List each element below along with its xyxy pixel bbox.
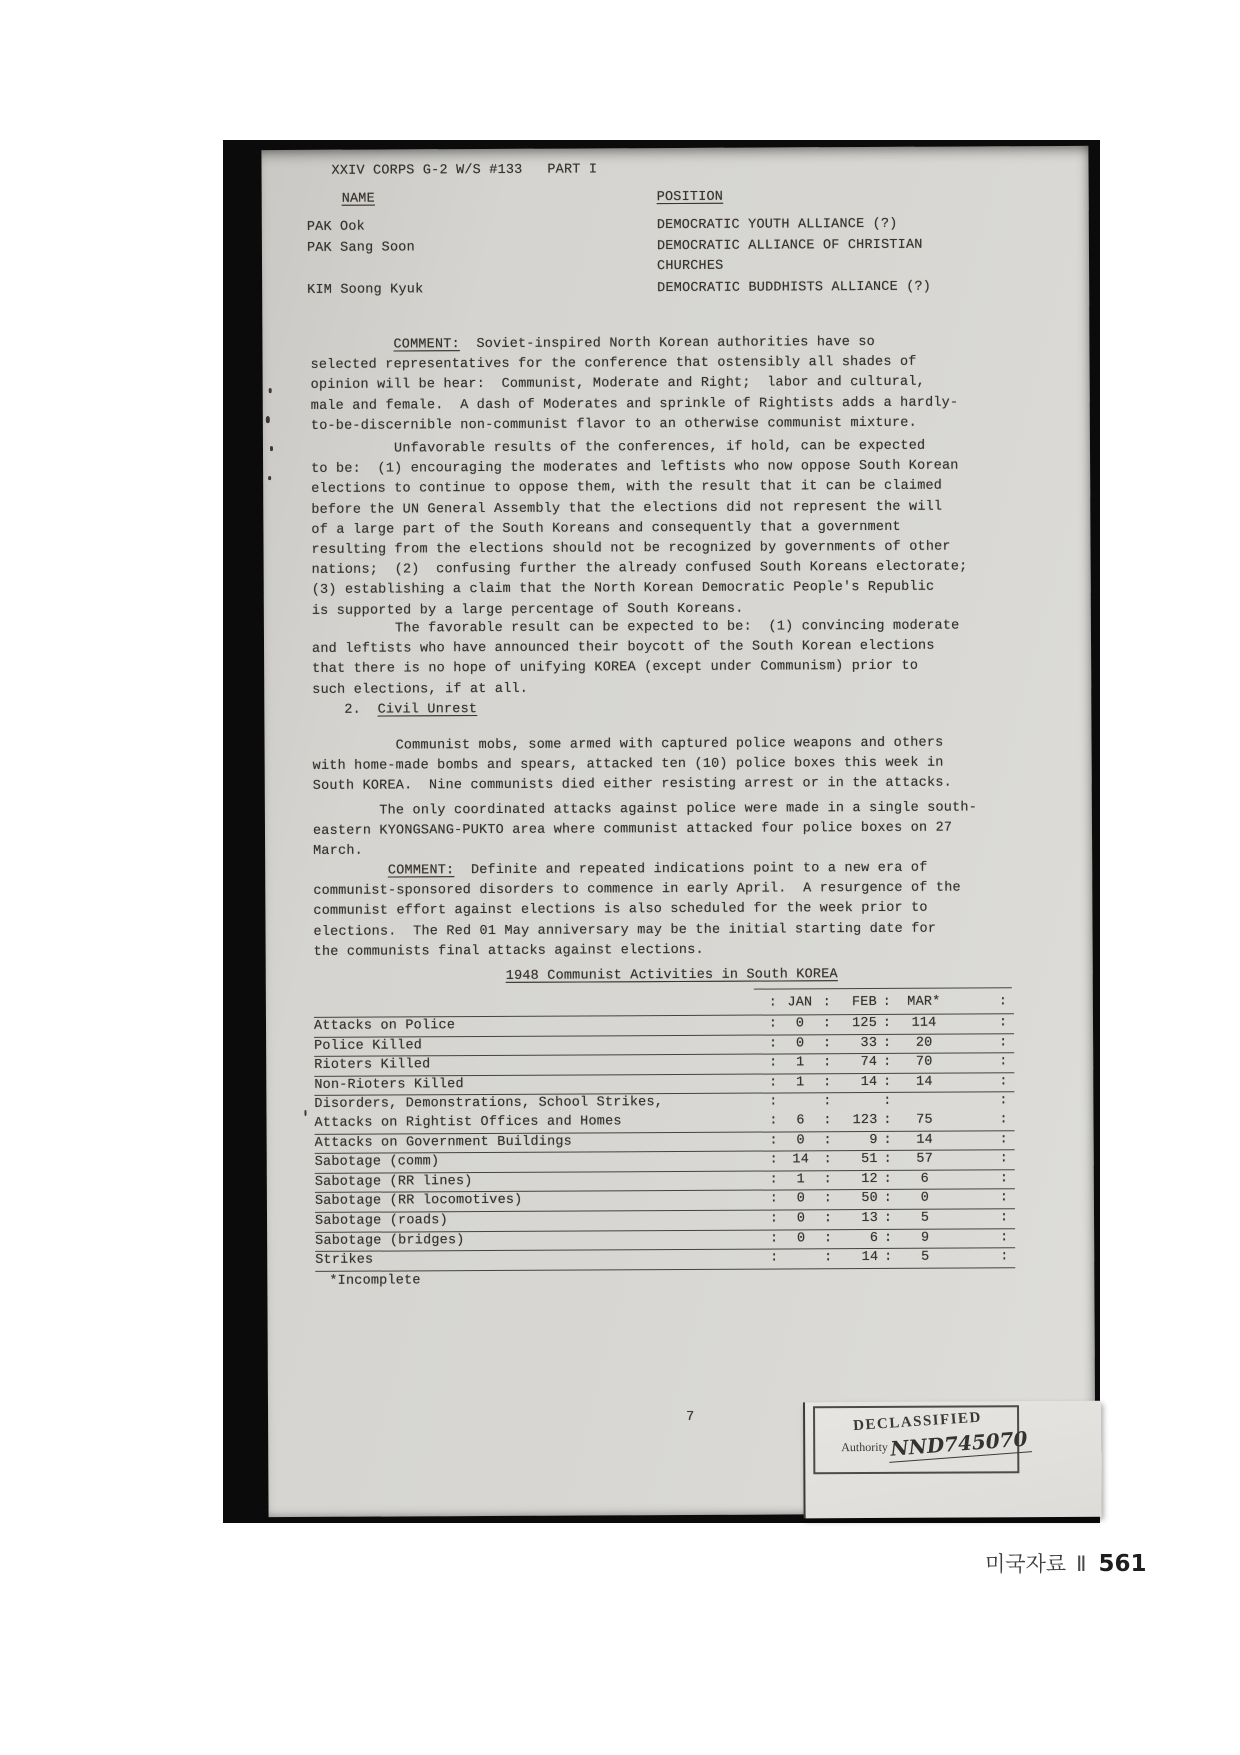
ink-speck bbox=[266, 416, 270, 423]
row-cell: 5 bbox=[895, 1209, 955, 1228]
row-cell: 1 bbox=[780, 1074, 820, 1093]
book-page-caption: 미국자료Ⅱ561 bbox=[985, 1548, 1147, 1578]
header-label-cell bbox=[314, 992, 766, 1017]
column-feb: FEB bbox=[834, 991, 880, 1014]
row-cell: : bbox=[999, 1014, 1014, 1033]
column-mar: MAR* bbox=[894, 991, 954, 1014]
roster-position: DEMOCRATIC ALLIANCE OF CHRISTIAN CHURCHE… bbox=[657, 236, 923, 278]
indent bbox=[310, 337, 393, 352]
ink-speck bbox=[269, 388, 272, 393]
row-cell: 0 bbox=[780, 1035, 820, 1054]
table-header-row: : JAN : FEB : MAR* : bbox=[314, 990, 1014, 1018]
row-cell: : bbox=[1000, 1248, 1015, 1267]
caption-page-number: 561 bbox=[1099, 1551, 1147, 1577]
row-cell: 57 bbox=[895, 1151, 955, 1170]
row-cell: : bbox=[880, 1074, 894, 1093]
caption-series: 미국자료 bbox=[985, 1552, 1066, 1576]
ink-speck bbox=[268, 476, 271, 480]
row-cell: : bbox=[767, 1210, 781, 1229]
row-cell: 1 bbox=[780, 1054, 820, 1073]
row-cell: : bbox=[1000, 1170, 1015, 1189]
row-cell: 0 bbox=[781, 1210, 821, 1229]
row-label: Sabotage (RR locomotives) bbox=[315, 1191, 767, 1212]
row-cell: : bbox=[1000, 1209, 1015, 1228]
separator: : bbox=[766, 991, 780, 1014]
caption-volume: Ⅱ bbox=[1076, 1552, 1086, 1576]
section-number: 2. bbox=[344, 703, 361, 718]
row-cell: : bbox=[820, 1015, 834, 1034]
row-cell: : bbox=[821, 1171, 835, 1190]
row-cell: : bbox=[880, 1054, 894, 1073]
row-cell bbox=[955, 1229, 1000, 1248]
row-cell: : bbox=[999, 1073, 1014, 1092]
row-label: Sabotage (RR lines) bbox=[315, 1171, 767, 1192]
column-jan: JAN bbox=[780, 991, 820, 1014]
row-cell: : bbox=[820, 1074, 834, 1093]
row-cell: 0 bbox=[781, 1132, 821, 1151]
row-cell: : bbox=[999, 1093, 1014, 1112]
row-label: Strikes bbox=[315, 1250, 767, 1271]
comment-label: COMMENT: bbox=[388, 863, 454, 878]
row-cell: : bbox=[1000, 1131, 1015, 1150]
row-cell: : bbox=[821, 1210, 835, 1229]
row-cell: : bbox=[880, 1015, 894, 1034]
name-column-heading: NAME bbox=[342, 190, 375, 210]
paragraph-mobs: Communist mobs, some armed with captured… bbox=[312, 734, 952, 798]
row-cell: : bbox=[1000, 1150, 1015, 1169]
row-cell bbox=[955, 1150, 1000, 1169]
authority-label: Authority bbox=[841, 1440, 888, 1454]
paragraph-comment-2: COMMENT: Definite and repeated indicatio… bbox=[313, 859, 961, 963]
row-cell: : bbox=[766, 1094, 780, 1113]
row-cell bbox=[955, 1248, 1000, 1267]
comment-label: COMMENT: bbox=[393, 337, 459, 352]
page-number: 7 bbox=[686, 1408, 694, 1428]
row-cell: : bbox=[881, 1229, 895, 1248]
table-title: 1948 Communist Activities in South KOREA bbox=[506, 965, 838, 987]
row-cell: : bbox=[1000, 1229, 1015, 1248]
row-label: Sabotage (comm) bbox=[315, 1152, 767, 1173]
row-cell: 33 bbox=[834, 1035, 880, 1054]
ink-speck bbox=[270, 446, 273, 451]
row-cell: : bbox=[881, 1210, 895, 1229]
row-cell: 6 bbox=[835, 1229, 881, 1248]
row-cell: : bbox=[767, 1132, 781, 1151]
table-footnote: *Incomplete bbox=[329, 1271, 420, 1292]
fill bbox=[954, 990, 999, 1013]
row-cell: 14 bbox=[894, 1073, 954, 1092]
row-cell: : bbox=[881, 1131, 895, 1150]
row-cell: : bbox=[766, 1074, 780, 1093]
row-cell: 14 bbox=[834, 1074, 880, 1093]
row-cell: : bbox=[766, 1035, 780, 1054]
row-cell: : bbox=[767, 1152, 781, 1171]
row-cell: : bbox=[881, 1249, 895, 1268]
row-cell: 123 bbox=[834, 1112, 880, 1131]
row-cell: 70 bbox=[894, 1054, 954, 1073]
row-cell: : bbox=[820, 1035, 834, 1054]
row-cell: : bbox=[999, 1053, 1014, 1072]
row-cell bbox=[954, 1093, 999, 1112]
ink-speck bbox=[304, 1110, 306, 1116]
row-cell: : bbox=[821, 1230, 835, 1249]
row-label: Disorders, Demonstrations, School Strike… bbox=[314, 1094, 766, 1115]
roster-name: KIM Soong Kyuk bbox=[307, 280, 423, 301]
stamp-authority: AuthorityNND745070 bbox=[841, 1431, 1017, 1458]
row-cell bbox=[955, 1209, 1000, 1228]
row-cell: 50 bbox=[835, 1190, 881, 1209]
row-cell: 125 bbox=[834, 1015, 880, 1034]
row-cell: : bbox=[821, 1132, 835, 1151]
row-cell bbox=[954, 1054, 999, 1073]
row-cell: 0 bbox=[781, 1191, 821, 1210]
paragraph-coordinated-attacks: The only coordinated attacks against pol… bbox=[313, 798, 977, 862]
row-label: Rioters Killed bbox=[314, 1055, 766, 1076]
roster-name: PAK Ook bbox=[307, 218, 365, 239]
row-cell: 13 bbox=[835, 1210, 881, 1229]
indent bbox=[313, 864, 388, 879]
stamp-box: DECLASSIFIED AuthorityNND745070 bbox=[813, 1405, 1019, 1474]
table-top-rule bbox=[754, 987, 1012, 989]
row-cell: 14 bbox=[835, 1249, 881, 1268]
row-cell bbox=[955, 1131, 1000, 1150]
row-cell bbox=[894, 1093, 954, 1112]
row-cell: : bbox=[766, 1015, 780, 1034]
separator: : bbox=[999, 990, 1014, 1013]
row-cell: : bbox=[821, 1249, 835, 1268]
separator: : bbox=[820, 991, 834, 1014]
document-header: XXIV CORPS G-2 W/S #133 PART I bbox=[331, 160, 597, 182]
declassified-stamp: DECLASSIFIED AuthorityNND745070 bbox=[803, 1401, 1102, 1519]
row-cell: : bbox=[820, 1112, 834, 1131]
row-label: Attacks on Government Buildings bbox=[315, 1132, 767, 1153]
section-title: Civil Unrest bbox=[378, 702, 478, 718]
paragraph-comment-1: COMMENT: Soviet-inspired North Korean au… bbox=[310, 333, 958, 437]
roster-name: PAK Sang Soon bbox=[307, 238, 415, 259]
row-cell: 0 bbox=[781, 1230, 821, 1249]
row-label: Non-Rioters Killed bbox=[314, 1074, 766, 1095]
row-cell: 12 bbox=[835, 1171, 881, 1190]
row-cell: 6 bbox=[780, 1112, 820, 1131]
row-label: Sabotage (roads) bbox=[315, 1210, 767, 1231]
row-cell: 6 bbox=[895, 1170, 955, 1189]
row-cell bbox=[954, 1014, 999, 1033]
row-cell: : bbox=[820, 1094, 834, 1113]
row-cell: : bbox=[1000, 1190, 1015, 1209]
row-cell: 51 bbox=[835, 1151, 881, 1170]
row-cell: 9 bbox=[835, 1132, 881, 1151]
paragraph-unfavorable: Unfavorable results of the conferences, … bbox=[311, 436, 968, 621]
spacer bbox=[361, 703, 378, 718]
table-row: Strikes::14:5: bbox=[315, 1248, 1015, 1271]
row-cell: 0 bbox=[895, 1190, 955, 1209]
row-cell: 1 bbox=[781, 1171, 821, 1190]
row-cell: : bbox=[821, 1191, 835, 1210]
row-cell bbox=[955, 1190, 1000, 1209]
row-cell: 9 bbox=[895, 1229, 955, 1248]
row-cell: : bbox=[999, 1111, 1014, 1130]
paragraph-favorable: The favorable result can be expected to … bbox=[312, 617, 960, 701]
section-heading-civil-unrest: 2. Civil Unrest bbox=[344, 700, 477, 721]
position-column-heading: POSITION bbox=[657, 188, 724, 209]
row-cell: : bbox=[767, 1171, 781, 1190]
row-cell: : bbox=[820, 1054, 834, 1073]
activities-table: : JAN : FEB : MAR* : Attacks on Police:0… bbox=[314, 987, 1015, 1271]
roster-position: DEMOCRATIC YOUTH ALLIANCE (?) bbox=[657, 215, 898, 236]
row-cell: : bbox=[881, 1151, 895, 1170]
row-cell: 14 bbox=[781, 1151, 821, 1170]
roster-position: DEMOCRATIC BUDDHISTS ALLIANCE (?) bbox=[657, 278, 931, 300]
row-cell: 0 bbox=[780, 1015, 820, 1034]
row-label: Attacks on Rightist Offices and Homes bbox=[314, 1113, 766, 1134]
row-cell: : bbox=[881, 1190, 895, 1209]
row-label: Attacks on Police bbox=[314, 1016, 766, 1037]
row-cell: : bbox=[767, 1191, 781, 1210]
separator: : bbox=[880, 991, 894, 1014]
row-label: Police Killed bbox=[314, 1035, 766, 1056]
row-cell bbox=[954, 1073, 999, 1092]
row-cell: 75 bbox=[894, 1112, 954, 1131]
row-cell: 14 bbox=[895, 1131, 955, 1150]
row-cell: 5 bbox=[895, 1249, 955, 1268]
paper: XXIV CORPS G-2 W/S #133 PART I NAME POSI… bbox=[261, 146, 1095, 1517]
row-cell: 74 bbox=[834, 1054, 880, 1073]
row-cell: : bbox=[766, 1112, 780, 1131]
row-cell: : bbox=[880, 1112, 894, 1131]
row-cell bbox=[781, 1249, 821, 1268]
row-cell: : bbox=[880, 1093, 894, 1112]
row-cell: 114 bbox=[894, 1015, 954, 1034]
row-cell: : bbox=[881, 1171, 895, 1190]
row-cell: : bbox=[880, 1034, 894, 1053]
row-cell bbox=[954, 1034, 999, 1053]
row-cell: : bbox=[766, 1055, 780, 1074]
row-cell: : bbox=[821, 1151, 835, 1170]
row-cell bbox=[834, 1093, 880, 1112]
row-cell: : bbox=[999, 1034, 1014, 1053]
table-body: Attacks on Police:0:125:114:Police Kille… bbox=[314, 1014, 1015, 1271]
row-label: Sabotage (bridges) bbox=[315, 1230, 767, 1251]
row-cell: : bbox=[767, 1230, 781, 1249]
row-cell: 20 bbox=[894, 1034, 954, 1053]
row-cell: : bbox=[767, 1250, 781, 1269]
row-cell bbox=[955, 1170, 1000, 1189]
row-cell bbox=[954, 1111, 999, 1130]
scanned-document: XXIV CORPS G-2 W/S #133 PART I NAME POSI… bbox=[223, 140, 1100, 1523]
authority-number: NND745070 bbox=[887, 1426, 1032, 1463]
row-cell bbox=[780, 1094, 820, 1113]
